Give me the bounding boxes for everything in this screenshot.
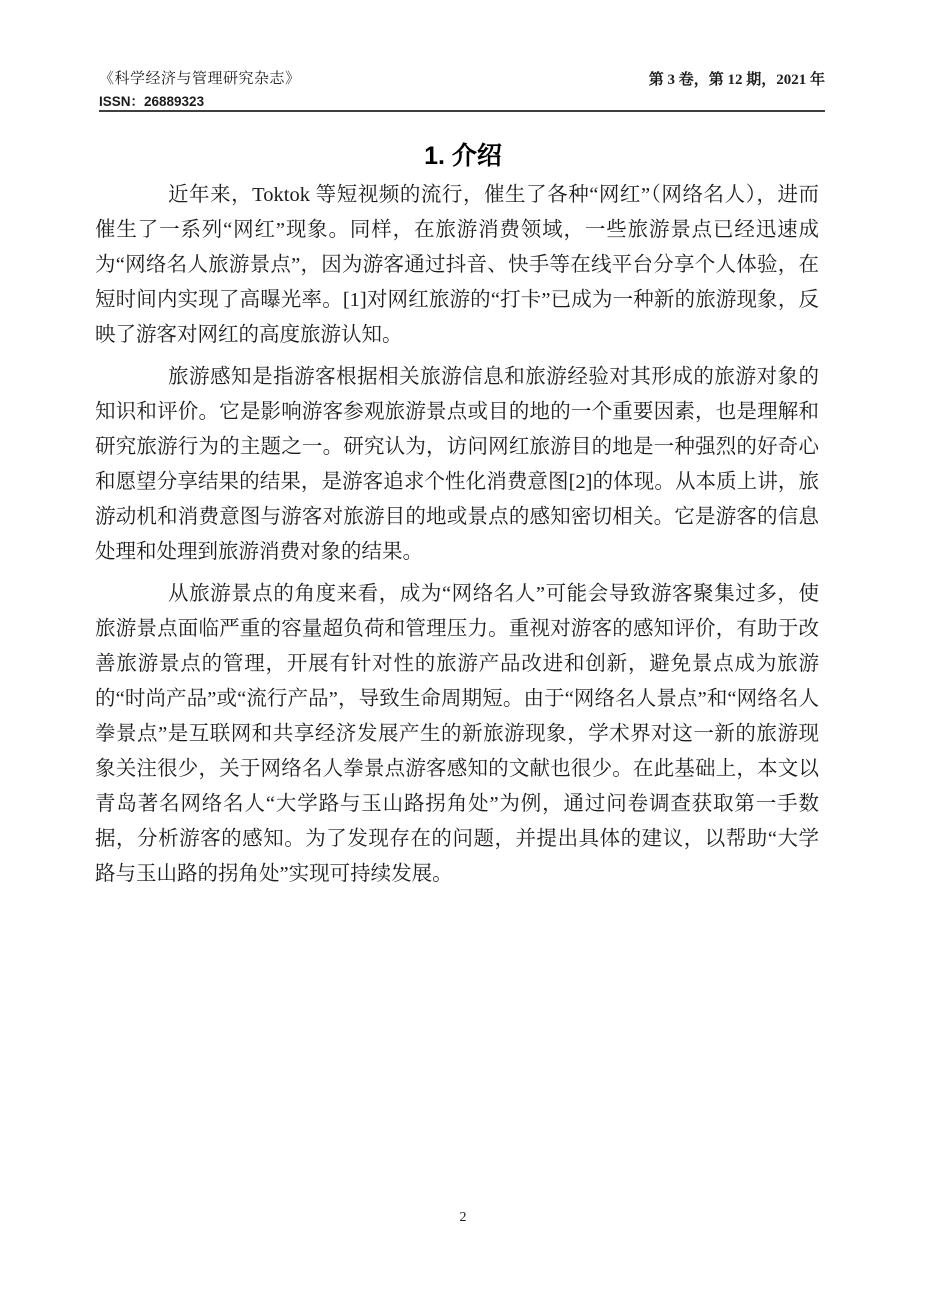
document-page: 《科学经济与管理研究杂志》 第 3 卷，第 12 期，2021 年 ISSN：2… (0, 0, 926, 1309)
page-number: 2 (0, 1210, 926, 1226)
body-text: 近年来，Toktok 等短视频的流行，催生了各种“网红”（网络名人），进而催生了… (95, 178, 819, 899)
section-title: 1. 介绍 (0, 141, 926, 171)
issn-number: ISSN：26889323 (99, 92, 825, 111)
issue-info: 第 3 卷，第 12 期，2021 年 (649, 70, 825, 90)
paragraph: 从旅游景点的角度来看，成为“网络名人”可能会导致游客聚集过多，使旅游景点面临严重… (95, 577, 819, 892)
page-header: 《科学经济与管理研究杂志》 第 3 卷，第 12 期，2021 年 ISSN：2… (99, 69, 825, 111)
paragraph: 近年来，Toktok 等短视频的流行，催生了各种“网红”（网络名人），进而催生了… (95, 178, 819, 353)
paragraph: 旅游感知是指游客根据相关旅游信息和旅游经验对其形成的旅游对象的知识和评价。它是影… (95, 360, 819, 570)
header-divider (99, 110, 825, 112)
